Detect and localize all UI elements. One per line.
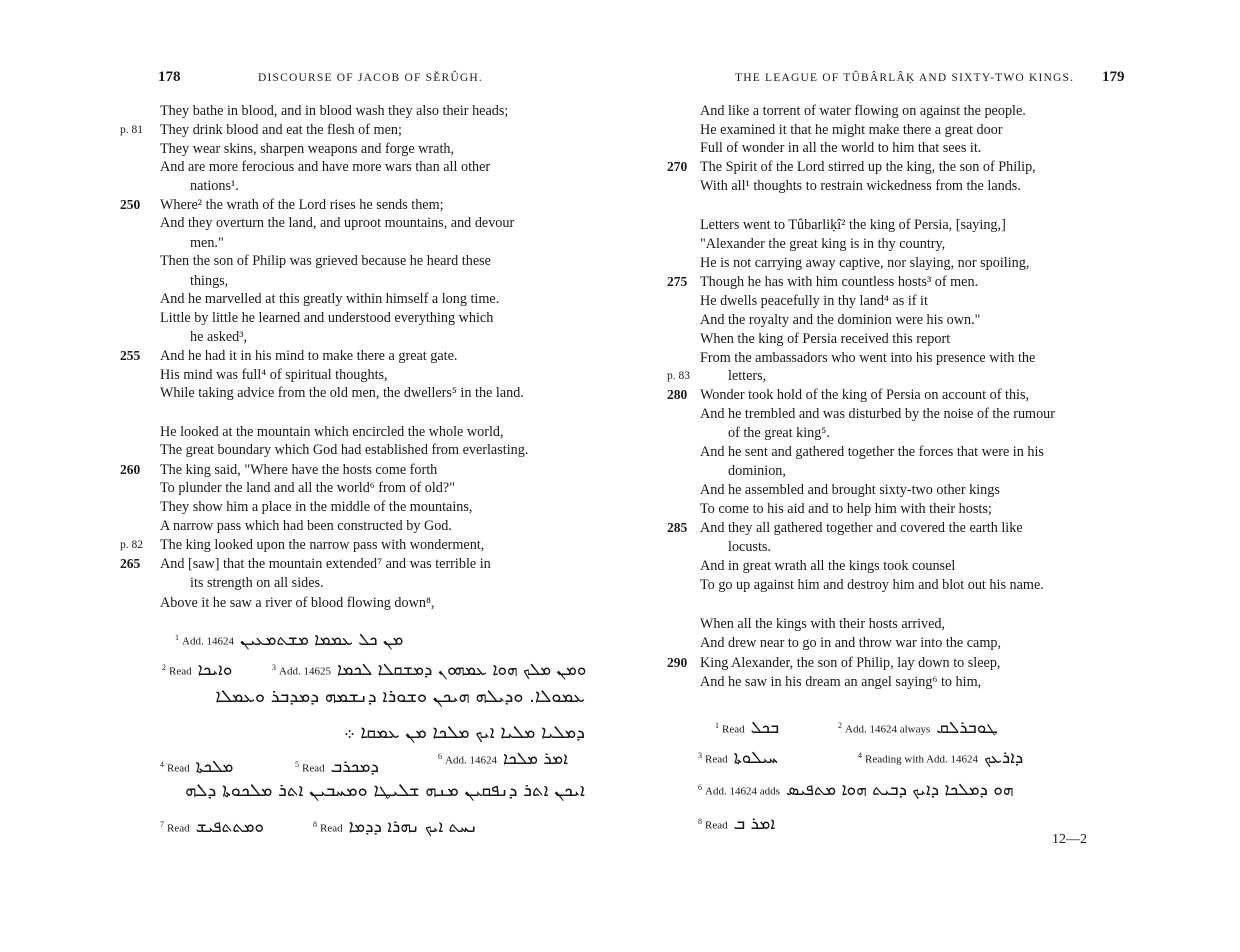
verse-line: Above it he saw a river of blood flowing… [160,594,434,612]
syriac-text: ܛܘܒܪܠܩ [936,718,998,738]
verse-line: To come to his aid and to help him with … [700,500,992,518]
syriac-text: ܐܡܪ ܡܠܟܐ [503,749,568,769]
syriac-text: ܕܡܟܪܒ [331,757,379,777]
syriac-text: ܡܢ ܟܠ ܥܡܡܐ ܡܫܬܡܥܝܢ [240,630,403,650]
verse-line: The king said, "Where have the hosts com… [160,461,437,479]
verse-line: And he had it in his mind to make there … [160,347,457,365]
verse-line: And drew near to go in and throw war int… [700,634,1001,652]
verse-line: And he saw in his dream an angel saying⁶… [700,673,981,691]
line-number: 290 [667,654,687,672]
footnote-marker: 5 [295,760,299,769]
footnote-label: Read [302,763,325,775]
verse-line: He examined it that he might make there … [700,121,1003,139]
footnote-marker: 8 [313,820,317,829]
verse-line: dominion, [728,462,786,480]
verse-line: "Alexander the great king is in thy coun… [700,235,945,253]
footnote: 4Readܡܠܟܬܐ [160,755,233,779]
syriac-text: ܐܝܟܢ ܐܬܪ ܕܢܦܩܝܢ ܡܢܗ ܫܠܝܛܐ ܘܡܚܒܝܢ ܐܬܪ ܡܠܟ… [160,780,585,802]
verse-line: of the great king⁵. [728,424,830,442]
footnote-label: Add. 14624 [182,636,234,648]
verse-line: Full of wonder in all the world to him t… [700,139,981,157]
verse-line: And in great wrath all the kings took co… [700,557,955,575]
footnote-label: Read [705,754,728,766]
page-number: 179 [1102,69,1125,86]
footnote-label: Add. 14624 always [845,724,930,736]
footnote: 2Add. 14624 alwaysܛܘܒܪܠܩ [838,716,998,740]
footnote-marker: 7 [160,820,164,829]
footnote-label: Read [169,666,192,678]
verse-line: And he trembled and was disturbed by the… [700,405,1055,423]
syriac-text: ܗܘ ܕܡܠܟܐ ܕܐܝܟ ܕܒܝܬ ܗܘܐ ܡܬܦܝܣ [786,780,1014,800]
footnote-marker: 2 [838,721,842,730]
verse-line: A narrow pass which had been constructed… [160,517,452,535]
verse-line: locusts. [728,538,771,556]
syriac-text: ܒܟܠ [751,718,780,738]
verse-line: Letters went to Tûbarliḳî² the king of P… [700,216,1006,234]
footnote: 4Reading with Add. 14624ܕܐܪܥܟ [858,746,1023,770]
syriac-text: ܘܡܢ ܡܠܟ ܗܘܐ ܥܡܗܘܢ ܕܡܫܩܠܐ ܠܟܡܐ [337,660,586,680]
verse-line: things, [190,272,228,290]
verse-line: And they all gathered together and cover… [700,519,1023,537]
footnote-marker: 4 [160,760,164,769]
footnote: 6Add. 14624ܐܡܪ ܡܠܟܐ [438,747,568,771]
signature-mark: 12—2 [1052,832,1087,848]
footnote-label: Read [705,820,728,832]
syriac-text: ܐܡܪ ܒ [734,814,776,834]
footnote-marker: 1 [175,633,179,642]
verse-line: To plunder the land and all the world⁶ f… [160,479,455,497]
manuscript-page-marker: p. 83 [667,367,690,385]
footnote: 8Readܢܚܬ ܐܝܟ ܢܗܪܐ ܕܕܡܐ [313,815,478,839]
line-number: 250 [120,196,140,214]
footnote-label: Add. 14624 adds [705,786,780,798]
footnote: 6Add. 14624 addsܗܘ ܕܡܠܟܐ ܕܐܝܟ ܕܒܝܬ ܗܘܐ ܡ… [698,778,1013,802]
manuscript-page-marker: p. 81 [120,121,143,139]
line-number: 275 [667,273,687,291]
verse-line: They drink blood and eat the flesh of me… [160,121,402,139]
verse-line: While taking advice from the old men, th… [160,384,524,402]
footnote: 2Readܘܐܝܟܐ [162,658,232,682]
footnote: 3Add. 14625ܘܡܢ ܡܠܟ ܗܘܐ ܥܡܗܘܢ ܕܡܫܩܠܐ ܠܟܡܐ [272,658,586,682]
footnote-marker: 2 [162,663,166,672]
syriac-text: ܕܐܪܥܟ [984,748,1023,768]
verse-line: letters, [728,367,766,385]
page-number: 178 [158,69,181,86]
syriac-text: ܡܠܟܬܐ [196,757,234,777]
verse-line: The great boundary which God had establi… [160,441,528,459]
verse-line: They wear skins, sharpen weapons and for… [160,140,454,158]
footnote-label: Add. 14624 [445,755,497,767]
footnote: 3Readܚܝܠܘܬܐ [698,746,778,770]
syriac-text: ܚܝܠܘܬܐ [734,748,778,768]
verse-line: When the king of Persia received this re… [700,330,950,348]
line-number: 255 [120,347,140,365]
verse-line: He is not carrying away captive, nor sla… [700,254,1029,272]
verse-line: He looked at the mountain which encircle… [160,423,504,441]
syriac-text: ܘܡܬܬܦܝܫ [196,817,264,837]
verse-line: With all¹ thoughts to restrain wickednes… [700,177,1021,195]
verse-line: And like a torrent of water flowing on a… [700,102,1026,120]
verse-line: And the royalty and the dominion were hi… [700,311,980,329]
line-number: 285 [667,519,687,537]
verse-line: And he marvelled at this greatly within … [160,290,499,308]
verse-line: To go up against him and destroy him and… [700,576,1044,594]
footnote-marker: 8 [698,817,702,826]
footnote-label: Add. 14625 [279,666,331,678]
verse-line: They show him a place in the middle of t… [160,498,472,516]
footnote-label: Read [167,763,190,775]
line-number: 270 [667,158,687,176]
verse-line: And are more ferocious and have more war… [160,158,490,176]
footnote: 8Readܐܡܪ ܒ [698,812,775,836]
footnote-label: Reading with Add. 14624 [865,754,978,766]
verse-line: The Spirit of the Lord stirred up the ki… [700,158,1036,176]
verse-line: And they overturn the land, and uproot m… [160,214,514,232]
left-page: 178 DISCOURSE OF JACOB OF SĔRÛGH. They b… [0,0,620,952]
running-head: DISCOURSE OF JACOB OF SĔRÛGH. [258,72,483,84]
verse-line: From the ambassadors who went into his p… [700,349,1035,367]
right-page: THE LEAGUE OF TÛBÂRLÂḲ AND SIXTY-TWO KIN… [620,0,1240,952]
line-number: 280 [667,386,687,404]
verse-line: its strength on all sides. [190,574,324,592]
verse-line: nations¹. [190,177,239,195]
verse-line: When all the kings with their hosts arri… [700,615,945,633]
verse-line: men." [190,234,224,252]
verse-line: And he assembled and brought sixty-two o… [700,481,1000,499]
verse-line: Little by little he learned and understo… [160,309,493,327]
footnote-label: Read [320,823,343,835]
footnote-marker: 3 [698,751,702,760]
verse-line: King Alexander, the son of Philip, lay d… [700,654,1000,672]
footnote-label: Read [722,724,745,736]
verse-line: They bathe in blood, and in blood wash t… [160,102,508,120]
verse-line: Then the son of Philip was grieved becau… [160,252,491,270]
footnote: 7Readܘܡܬܬܦܝܫ [160,815,264,839]
syriac-text: ܕܡܠܝܐ ܡܠܝܐ ܐܝܟ ܡܠܟܐ ܡܢ ܥܡܩܐ ܀ [160,722,585,744]
footnote: 1Readܒܟܠ [715,716,779,740]
verse-line: And [saw] that the mountain extended⁷ an… [160,555,491,573]
line-number: 265 [120,555,140,573]
footnote: 5Readܕܡܟܪܒ [295,755,379,779]
verse-line: Where² the wrath of the Lord rises he se… [160,196,444,214]
footnote: 1Add. 14624ܡܢ ܟܠ ܥܡܡܐ ܡܫܬܡܥܝܢ [175,628,403,652]
verse-line: And he sent and gathered together the fo… [700,443,1044,461]
footnote-label: Read [167,823,190,835]
footnote-marker: 6 [698,783,702,792]
verse-line: The king looked upon the narrow pass wit… [160,536,484,554]
verse-line: His mind was full⁴ of spiritual thoughts… [160,366,388,384]
line-number: 260 [120,461,140,479]
footnote-marker: 6 [438,752,442,761]
syriac-text: ܘܐܝܟܐ [198,660,233,680]
footnote-marker: 1 [715,721,719,730]
verse-line: He dwells peacefully in thy land⁴ as if … [700,292,928,310]
syriac-text: ܢܚܬ ܐܝܟ ܢܗܪܐ ܕܕܡܐ [349,817,478,837]
verse-line: he asked³, [190,328,247,346]
verse-line: Wonder took hold of the king of Persia o… [700,386,1029,404]
manuscript-page-marker: p. 82 [120,536,143,554]
syriac-text: ܥܡܘܠܐ. ܘܕܝܠܗ ܗܝܟܢ ܘܫܘܪܐ ܕܢܫܡܗ ܕܡܕܒܪ ܘܥܡܠ… [160,686,585,708]
running-head: THE LEAGUE OF TÛBÂRLÂḲ AND SIXTY-TWO KIN… [735,72,1074,84]
footnote-marker: 4 [858,751,862,760]
footnote-marker: 3 [272,663,276,672]
verse-line: Though he has with him countless hosts³ … [700,273,978,291]
